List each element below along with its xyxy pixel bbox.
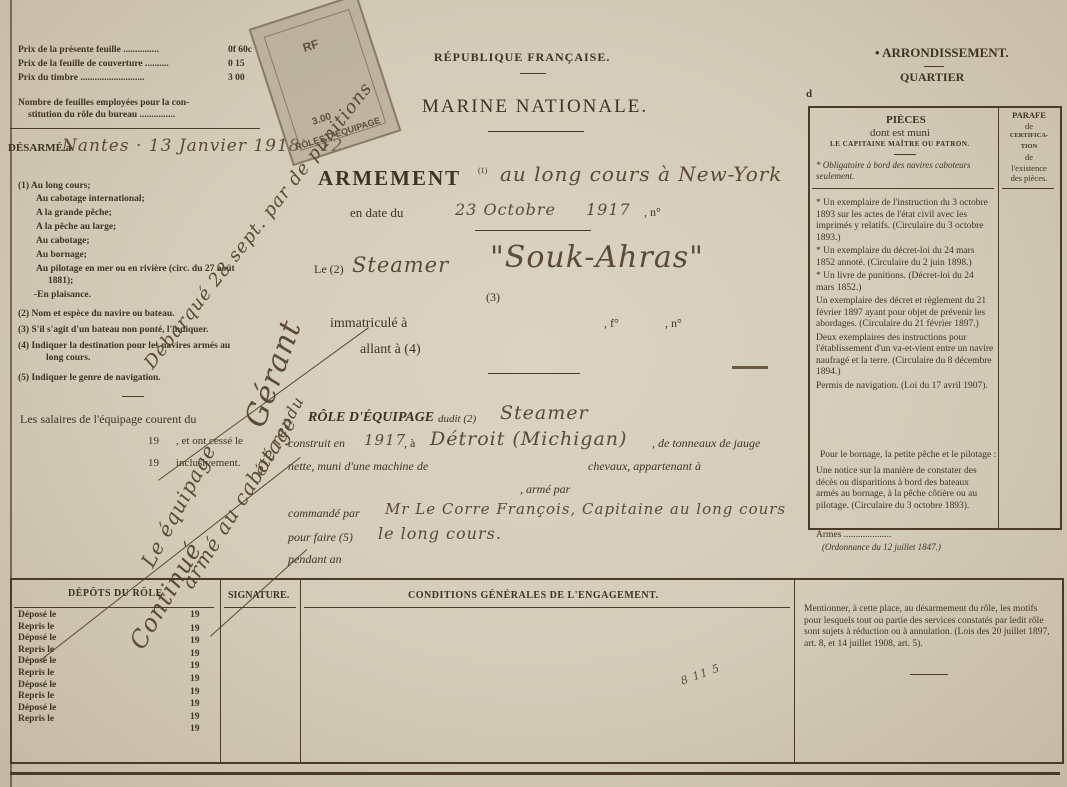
sheets-count-label-1: Nombre de feuilles employées pour la con… (18, 97, 189, 109)
depots-header: DÉPÔTS DU RÔLE. (68, 588, 166, 599)
parafe-line: l'existence (1002, 163, 1056, 174)
signature-header-rule (224, 607, 296, 608)
armement-rule (488, 373, 580, 374)
bornage-heading: Pour le bornage, la petite pêche et le p… (820, 450, 996, 460)
vessel-type-handwritten: Steamer (352, 253, 449, 277)
note-item: -En plaisance. (34, 289, 91, 301)
depot-row: Repris le19 (18, 645, 198, 657)
salaires-line: Les salaires de l'équipage courent du (20, 412, 196, 427)
pieces-box: PIÈCES dont est muni LE CAPITAINE MAÎTRE… (808, 106, 1062, 530)
pieces-roles: LE CAPITAINE MAÎTRE OU PATRON. (830, 140, 970, 148)
pieces-note: * Obligatoire à bord des navires caboteu… (816, 160, 992, 182)
note-item: A la pêche au large; (36, 221, 116, 233)
date-underline (475, 230, 591, 231)
prices-divider (10, 128, 260, 129)
note-item: Au cabotage international; (36, 193, 145, 205)
depot-row: Déposé le19 (18, 610, 198, 622)
price-value-sheet: 0f 60c (228, 44, 252, 56)
parafe-line: PARAFE (1002, 110, 1056, 121)
col-divider-3 (794, 580, 795, 762)
depot-row: Repris le19 (18, 668, 198, 680)
depots-rows: Déposé le19 Repris le19 Déposé le19 Repr… (18, 610, 198, 726)
armement-title: ARMEMENT (318, 166, 461, 191)
role-dudit: dudit (2) (438, 413, 476, 425)
col-divider-2 (300, 580, 301, 762)
mention-text: Mentionner, à cette place, au désarmemen… (804, 604, 1054, 650)
pencil-note: 8 11 5 (679, 661, 722, 687)
note-item: 1881); (48, 275, 73, 287)
role-vessel-type-handwritten: Steamer (500, 402, 589, 424)
quartier-mark: d (806, 88, 812, 100)
price-row-stamp: Prix du timbre .........................… (18, 72, 145, 84)
construit-label: construit en (288, 436, 345, 451)
note-item: Au bornage; (36, 249, 87, 261)
conditions-header: CONDITIONS GÉNÉRALES DE L'ENGAGEMENT. (408, 590, 659, 601)
depot-row: Repris le19 (18, 691, 198, 703)
parafe-line: des pièces. (1002, 173, 1056, 184)
construit-year-handwritten: 1917 (364, 431, 406, 449)
vessel-prefix: Le (2) (314, 262, 344, 277)
pieces-item: * Un livre de punitions. (Décret-loi du … (816, 271, 994, 294)
header-rule-2 (488, 131, 584, 132)
crew-role-document: Prix de la présente feuille ............… (0, 0, 1067, 787)
pieces-item: Un exemplaire des décret et règlement du… (816, 296, 994, 331)
pour-faire-label: pour faire (5) (288, 530, 353, 545)
number-label: , n° (644, 205, 661, 220)
pieces-title: PIÈCES (886, 114, 926, 126)
captain-handwritten: Mr Le Corre François, Capitaine au long … (385, 500, 786, 518)
depot-row: Déposé le19 (18, 633, 198, 645)
role-title: RÔLE D'ÉQUIPAGE (308, 410, 434, 426)
year-handwritten: 1917 (586, 200, 631, 219)
ink-mark (732, 366, 768, 374)
marine-heading: MARINE NATIONALE. (422, 96, 648, 118)
pieces-header-rule (812, 188, 994, 189)
salaires-year-2: 19 (148, 457, 159, 469)
build-place-handwritten: Détroit (Michigan) (430, 428, 627, 450)
commande-label: commandé par (288, 506, 360, 521)
header-rule-1 (520, 73, 546, 74)
price-value-cover: 0 15 (228, 58, 245, 70)
note-item: (2) Nom et espèce du navire ou bateau. (18, 308, 175, 320)
tonnage-label: , de tonneaux de jauge (652, 436, 760, 451)
date-handwritten: 23 Octobre (455, 200, 556, 219)
signature-header: SIGNATURE. (228, 590, 289, 601)
depot-row: Déposé le19 (18, 703, 198, 715)
note-item: Au cabotage; (36, 235, 90, 247)
salaires-year-1: 19 (148, 435, 159, 447)
engine-label: nette, muni d'une machine de (288, 459, 428, 474)
folio-label: , f° (604, 316, 619, 331)
pieces-subtitle: dont est muni (870, 127, 930, 139)
pieces-rule (894, 154, 916, 155)
footnote-3: (3) (486, 290, 500, 305)
parafe-line: TION (1002, 142, 1056, 153)
parafe-line: de (1002, 152, 1056, 163)
note-item: (4) Indiquer la destination pour les nav… (18, 340, 230, 352)
immat-number-label: , n° (665, 316, 682, 331)
date-label: en date du (350, 205, 403, 221)
parafe-line: de (1002, 121, 1056, 132)
parafe-column-divider (998, 194, 999, 528)
parafe-line: CERTIFICA- (1002, 131, 1056, 142)
arrondissement-rule (924, 66, 944, 67)
bornage-item: Une notice sur la manière de constater d… (816, 466, 994, 512)
sheets-count-label-2: stitution du rôle du bureau ............… (28, 109, 175, 121)
bottom-border (10, 772, 1060, 775)
price-value-stamp: 3 00 (228, 72, 245, 84)
pieces-item: * Un exemplaire du décret-loi du 24 mars… (816, 246, 994, 269)
conditions-header-rule (304, 607, 790, 608)
depot-row: Repris le19 (18, 714, 198, 726)
armement-type-handwritten: au long cours à New-York (500, 162, 782, 186)
note-item: (1) Au long cours; (18, 180, 91, 192)
armement-footnote: (1) (478, 166, 487, 175)
notes-rule (122, 396, 144, 397)
pieces-item: * Un exemplaire de l'instruction du 3 oc… (816, 198, 994, 244)
depots-header-rule (14, 607, 214, 608)
immatricule-label: immatriculé à (330, 316, 407, 332)
quartier-label: QUARTIER (900, 70, 964, 85)
pieces-list: * Un exemplaire de l'instruction du 3 oc… (816, 198, 994, 392)
depot-row: Déposé le19 (18, 680, 198, 692)
allant-label: allant à (4) (360, 342, 421, 358)
pieces-item: Deux exemplaires des instructions pour l… (816, 333, 994, 379)
owner-label: chevaux, appartenant à (588, 459, 701, 474)
mention-rule (910, 674, 948, 675)
depot-row: Déposé le19 (18, 656, 198, 668)
parafe-header-rule (1002, 188, 1054, 189)
armes-label: Armes .................... (816, 530, 891, 540)
construit-a: , à (404, 436, 415, 451)
arme-par-label: , armé par (520, 482, 570, 497)
parafe-header: PARAFE de CERTIFICA- TION de l'existence… (1002, 110, 1056, 184)
pieces-parafe-divider (998, 108, 999, 194)
bottom-table: DÉPÔTS DU RÔLE. SIGNATURE. CONDITIONS GÉ… (10, 578, 1064, 764)
col-divider-1 (220, 580, 221, 762)
note-item: A la grande pêche; (36, 207, 112, 219)
note-item: Au pilotage en mer ou en rivière (circ. … (36, 263, 235, 275)
armes-ref: (Ordonnance du 12 juillet 1847.) (822, 542, 952, 553)
price-row-sheet: Prix de la présente feuille ............… (18, 44, 159, 56)
republic-heading: RÉPUBLIQUE FRANÇAISE. (434, 50, 610, 65)
arrondissement-label: • ARRONDISSEMENT. (875, 45, 1009, 61)
vessel-name-handwritten: "Souk-Ahras" (490, 240, 704, 275)
pour-faire-handwritten: le long cours. (378, 524, 502, 543)
pieces-item: Permis de navigation. (Loi du 17 avril 1… (816, 381, 994, 393)
note-item: (5) Indiquer le genre de navigation. (18, 372, 161, 384)
note-item: long cours. (46, 352, 90, 364)
depot-row: Repris le19 (18, 622, 198, 634)
price-row-cover: Prix de la feuille de couverture .......… (18, 58, 169, 70)
